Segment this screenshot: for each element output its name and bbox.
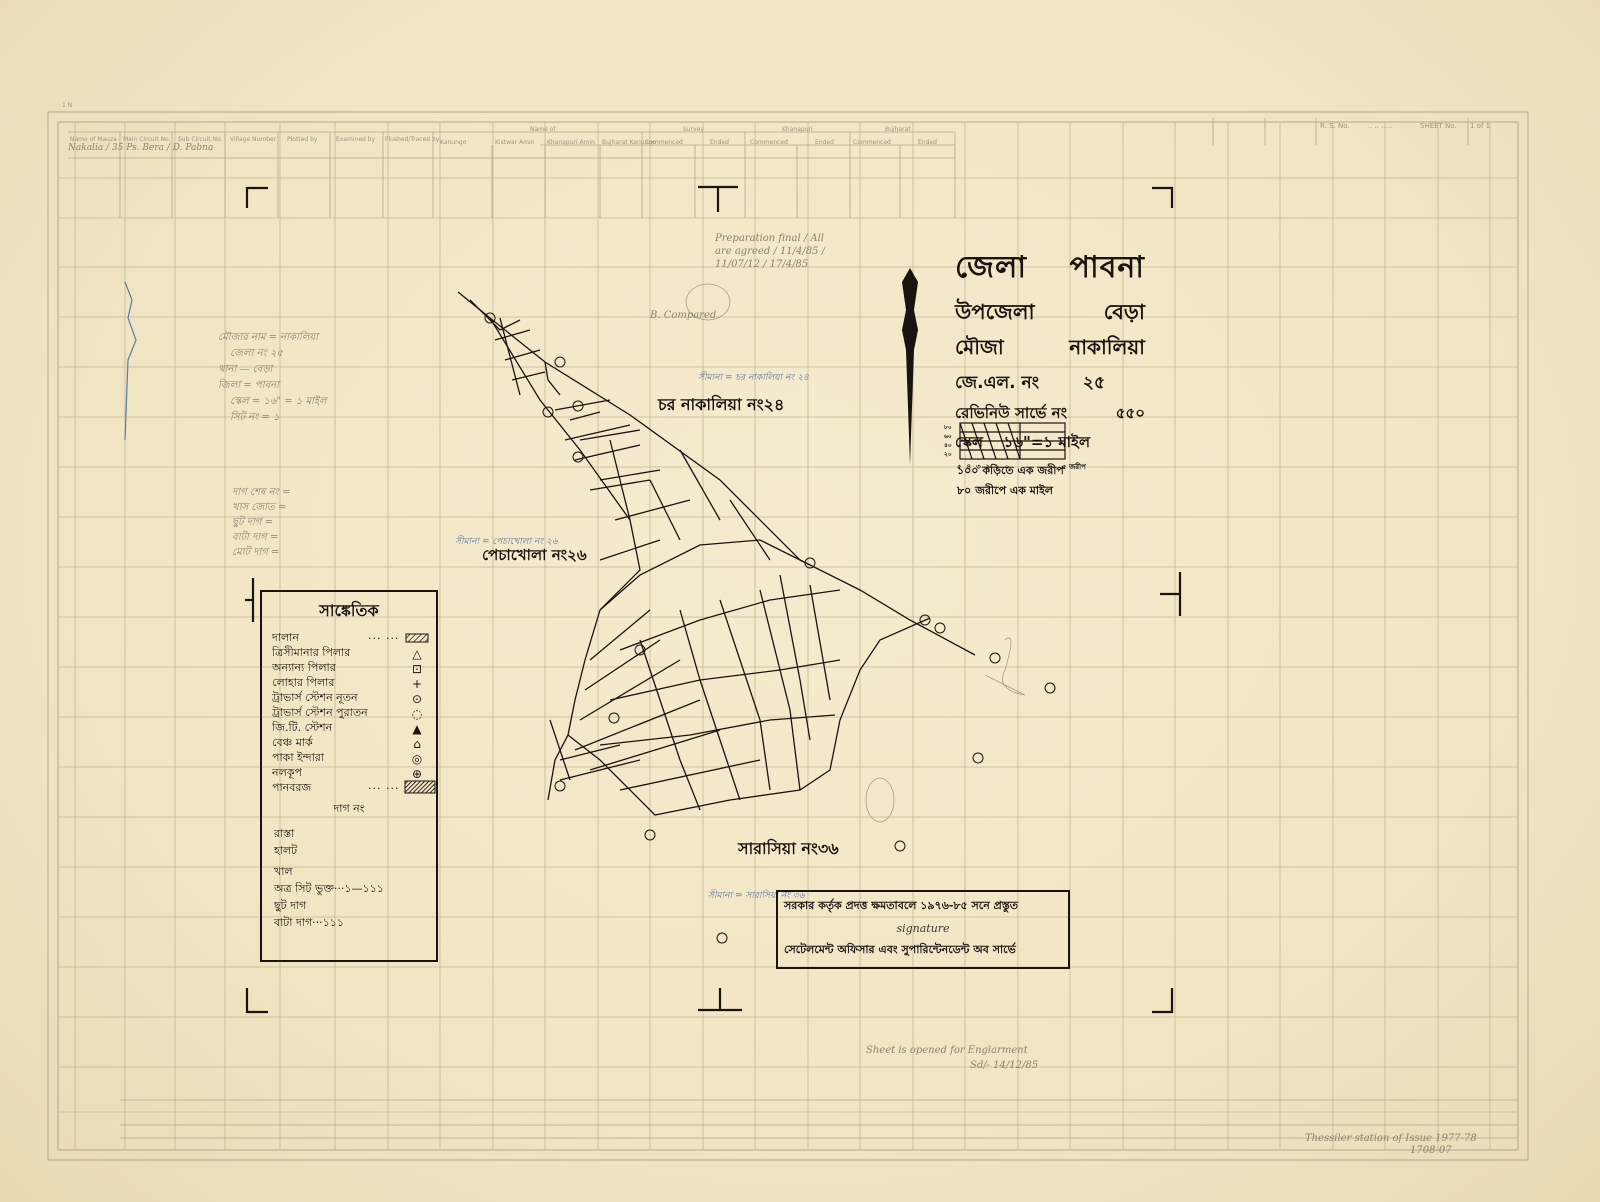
pencil-note-enlargement: Sheet is opened for Englarment: [866, 1045, 1028, 1056]
pencil-note-compared: B. Compared: [650, 310, 716, 321]
pencil-note-line: সিট নং = ১: [218, 410, 327, 426]
scale-tick: ৫: [957, 461, 962, 473]
pencil-left-notes: মৌজার নাম = নাকালিয়া জেলা নং ২৫ থানা — …: [218, 330, 327, 426]
certificate-box: সরকার কর্তৃক প্রদত্ত ক্ষমতাবলে ১৯৭৬-৮৫ স…: [776, 890, 1070, 969]
scale-value: ১৬"=১ মাইল: [1004, 431, 1090, 456]
pencil-footer: Thessiler station of Issue 1977-78: [1305, 1133, 1477, 1144]
pencil-note-sign: Sd/- 14/12/85: [970, 1060, 1038, 1071]
legend-canal: খাল: [262, 863, 436, 880]
pencil-note-line: স্কেল = ১৬" = ১ মাইল: [218, 394, 327, 410]
adjacent-mouza-north: চর নাকালিয়া নং২৪: [658, 392, 784, 419]
legend-item: পানবরজ ··· ···: [262, 781, 436, 796]
header-col-examined-by: Examined by: [336, 136, 375, 143]
scale-row-label: ২০: [944, 450, 952, 459]
mouza-row: মৌজা নাকালিয়া: [955, 333, 1145, 366]
legend-omitted-plot: ছুট দাগ: [262, 897, 436, 914]
jl-no-value: ২৫: [1083, 370, 1105, 398]
boundary-note-north: সীমানা = চর নাকালিয়া নং ২৪: [698, 370, 809, 385]
masonry-well-icon: ◎: [404, 752, 430, 766]
jl-no-row: জে.এল. নং ২৫: [955, 370, 1105, 398]
legend-divided-plot: বাটা দাগ···১১১: [262, 914, 436, 931]
scale-tick: ৪: [967, 461, 972, 473]
header-mauza-handwritten: Nakalia / 35 Ps. Bera / D. Pabna: [68, 143, 213, 153]
pencil-footer-2: 1708-07: [1410, 1145, 1452, 1156]
district-value: পাবনা: [1070, 243, 1145, 294]
pencil-note-line: মৌজার নাম = নাকালিয়া: [218, 330, 327, 346]
header-col-bujharat-commenced: Commenced: [853, 139, 891, 146]
scale-tick: ০: [1005, 461, 1010, 473]
revenue-survey-label: রেভিনিউ সার্ভে নং: [955, 402, 1067, 427]
iron-pillar-icon: +: [404, 677, 430, 691]
map-sheet: 1 N Name of Mauza Main Circuit No. Sub C…: [0, 0, 1600, 1202]
legend-included-sheet: অত্র সিট ভুক্ত···১—১১১: [262, 880, 436, 897]
upazila-value: বেড়া: [1104, 296, 1145, 331]
certificate-line-1: সরকার কর্তৃক প্রদত্ত ক্ষমতাবলে ১৯৭৬-৮৫ স…: [778, 892, 1068, 916]
header-col-mauza: Name of Mauza: [70, 136, 117, 143]
legend-dots: ··· ···: [368, 782, 404, 795]
pencil-note-line: বাটা দাগ =: [232, 530, 290, 545]
legend-title: সাঙ্কেতিক: [262, 598, 436, 625]
sheet-no-value: 1 of 1: [1470, 122, 1490, 130]
header-col-main-circuit: Main Circuit No.: [123, 136, 170, 143]
district-row: জেলা পাবনা: [955, 243, 1145, 294]
map-grid-and-plots: [0, 0, 1600, 1202]
scale-note-2: ৮০ জরীপে এক মাইল: [957, 482, 1145, 501]
scale-tick: ১: [995, 461, 1000, 473]
traverse-station-old-icon: ◌: [404, 707, 430, 721]
pencil-note-line: জেলা নং ২৫: [218, 346, 327, 362]
scale-bar-ticks: ৫ ৪ ৩ ২ ১ ০: [957, 461, 1009, 473]
header-col-sub-circuit: Sub Circuit No.: [178, 136, 223, 143]
header-col-bujharat-ended: Ended: [918, 139, 937, 146]
header-col-khanapuri: Khanapuri: [782, 126, 813, 133]
scale-label: স্কেল: [955, 431, 983, 456]
header-col-traced-by: Flushed/Traced by: [385, 136, 439, 143]
scale-tick-right: ৫ জরীপ: [1062, 461, 1086, 473]
pencil-note-line: থানা — বেড়া: [218, 362, 327, 378]
header-col-survey-commenced: Commenced: [645, 139, 683, 146]
tubewell-icon: ⊕: [404, 767, 430, 781]
scale-bar-row-labels: ৮০ ৬০ ৪০ ২০: [944, 423, 952, 459]
building-hatch-icon: [404, 632, 430, 646]
upazila-row: উপজেলা বেড়া: [955, 296, 1145, 331]
pencil-note-line: খাস জোত =: [232, 500, 290, 515]
betel-garden-icon: [404, 780, 430, 797]
legend-halot: হালট: [262, 842, 436, 859]
legend-box: সাঙ্কেতিক দালান ··· ··· ত্রিসীমানার পিলা…: [260, 590, 438, 962]
header-col-bujharat: Bujharat: [885, 126, 911, 133]
other-pillar-icon: ⊡: [404, 662, 430, 676]
header-col-name-of: Name of: [530, 126, 555, 133]
pencil-left-notes-2: দাগ শেষ নং = খাস জোত = ছুট দাগ = বাটা দা…: [232, 485, 290, 560]
scale-row-label: ৪০: [944, 441, 952, 450]
tri-junction-pillar-icon: △: [404, 647, 430, 661]
certificate-line-2: সেটেলমেন্ট অফিসার এবং সুপারিন্টেনডেন্ট অ…: [778, 935, 1068, 960]
sheet-corner-label: 1 N: [62, 102, 72, 109]
header-col-plotted-by: Plotted by: [287, 136, 317, 143]
scale-row-label: ৮০: [944, 423, 952, 432]
boundary-note-west: সীমানা = পেচাখোলা নং ২৬: [455, 534, 558, 549]
header-col-kistwar: Kistwar Amin: [495, 139, 534, 146]
mouza-label: মৌজা: [955, 333, 1004, 366]
district-label: জেলা: [955, 243, 1027, 294]
gt-station-icon: ▲: [404, 722, 430, 736]
pencil-note-line: মোট দাগ =: [232, 545, 290, 560]
revenue-survey-value: ৫৫০: [1116, 402, 1145, 427]
header-col-khanapuri-commenced: Commenced: [750, 139, 788, 146]
legend-plot-no-heading: দাগ নং: [262, 800, 436, 819]
header-col-village-number: Village Number: [230, 136, 276, 143]
bench-mark-icon: ⌂: [404, 737, 430, 751]
legend-label: পানবরজ: [272, 779, 368, 798]
header-col-khanapuri-ended: Ended: [815, 139, 834, 146]
mouza-value: নাকালিয়া: [1069, 333, 1145, 366]
legend-road: রাস্তা: [262, 825, 436, 842]
jl-no-label: জে.এল. নং: [955, 370, 1039, 398]
header-col-survey-ended: Ended: [710, 139, 729, 146]
sheet-no-label: SHEET No.: [1420, 122, 1457, 130]
scale-tick: ২: [986, 461, 991, 473]
pencil-note-line: ছুট দাগ =: [232, 515, 290, 530]
adjacent-mouza-south: সারাসিয়া নং৩৬: [738, 836, 839, 863]
scale-row-label: ৬০: [944, 432, 952, 441]
header-col-khanapuri-amin: Khanapuri Amin: [547, 139, 595, 146]
scale-row: স্কেল ১৬"=১ মাইল: [955, 431, 1090, 456]
rs-no-label: R. S. No.: [1320, 122, 1350, 130]
rs-no-value: .. .. .....: [1368, 122, 1392, 130]
pencil-note-line: জিলা = পাবনা: [218, 378, 327, 394]
header-col-survey: Survey: [683, 126, 704, 133]
scale-tick: ৩: [976, 461, 981, 473]
header-col-kanungo: Kanungo: [440, 139, 466, 146]
traverse-station-new-icon: ⊙: [404, 692, 430, 706]
revenue-survey-row: রেভিনিউ সার্ভে নং ৫৫০: [955, 402, 1145, 427]
pencil-note-line: দাগ শেষ নং =: [232, 485, 290, 500]
certificate-signature: signature: [778, 922, 1068, 935]
pencil-note-top: Preparation final / All are agreed / 11/…: [715, 232, 835, 271]
upazila-label: উপজেলা: [955, 296, 1035, 331]
